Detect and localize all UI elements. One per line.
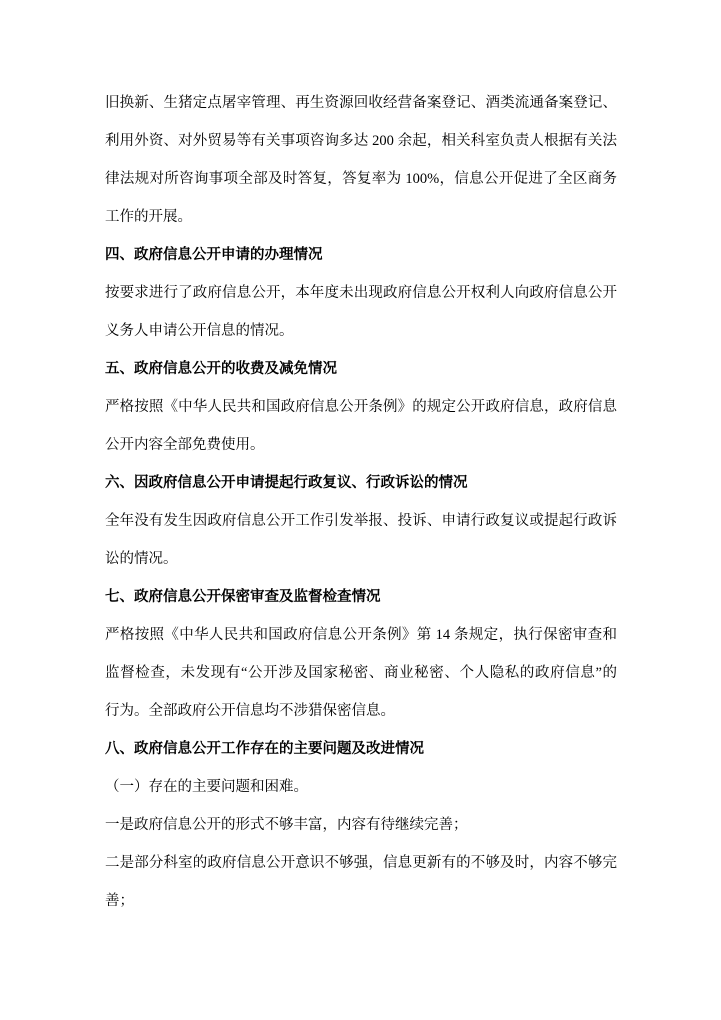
document-text-block: 旧换新、生猪定点屠宰管理、再生资源回收经营备案登记、酒类流通备案登记、利用外资、… [105,84,617,920]
document-line: 工作的开展。 [105,198,617,236]
document-line: 善； [105,882,617,920]
document-line: 监督检查，未发现有“公开涉及国家秘密、商业秘密、个人隐私的政府信息”的 [105,654,617,692]
document-line: 按要求进行了政府信息公开，本年度未出现政府信息公开权利人向政府信息公开 [105,274,617,312]
document-line: 严格按照《中华人民共和国政府信息公开条例》的规定公开政府信息，政府信息 [105,388,617,426]
document-line: （一）存在的主要问题和困难。 [105,768,617,806]
document-line: 二是部分科室的政府信息公开意识不够强，信息更新有的不够及时，内容不够完 [105,844,617,882]
document-line: 义务人申请公开信息的情况。 [105,312,617,350]
section-heading: 五、政府信息公开的收费及减免情况 [105,350,617,388]
document-line: 律法规对所咨询事项全部及时答复，答复率为 100%，信息公开促进了全区商务 [105,160,617,198]
document-line: 严格按照《中华人民共和国政府信息公开条例》第 14 条规定，执行保密审查和 [105,616,617,654]
section-heading: 七、政府信息公开保密审查及监督检查情况 [105,578,617,616]
document-line: 一是政府信息公开的形式不够丰富，内容有待继续完善； [105,806,617,844]
section-heading: 四、政府信息公开申请的办理情况 [105,236,617,274]
section-heading: 六、因政府信息公开申请提起行政复议、行政诉讼的情况 [105,464,617,502]
section-heading: 八、政府信息公开工作存在的主要问题及改进情况 [105,730,617,768]
document-line: 全年没有发生因政府信息公开工作引发举报、投诉、申请行政复议或提起行政诉 [105,502,617,540]
document-line: 旧换新、生猪定点屠宰管理、再生资源回收经营备案登记、酒类流通备案登记、 [105,84,617,122]
document-line: 公开内容全部免费使用。 [105,426,617,464]
document-line: 利用外资、对外贸易等有关事项咨询多达 200 余起，相关科室负责人根据有关法 [105,122,617,160]
document-line: 讼的情况。 [105,540,617,578]
document-page: 旧换新、生猪定点屠宰管理、再生资源回收经营备案登记、酒类流通备案登记、利用外资、… [0,0,721,1020]
document-line: 行为。全部政府公开信息均不涉猎保密信息。 [105,692,617,730]
